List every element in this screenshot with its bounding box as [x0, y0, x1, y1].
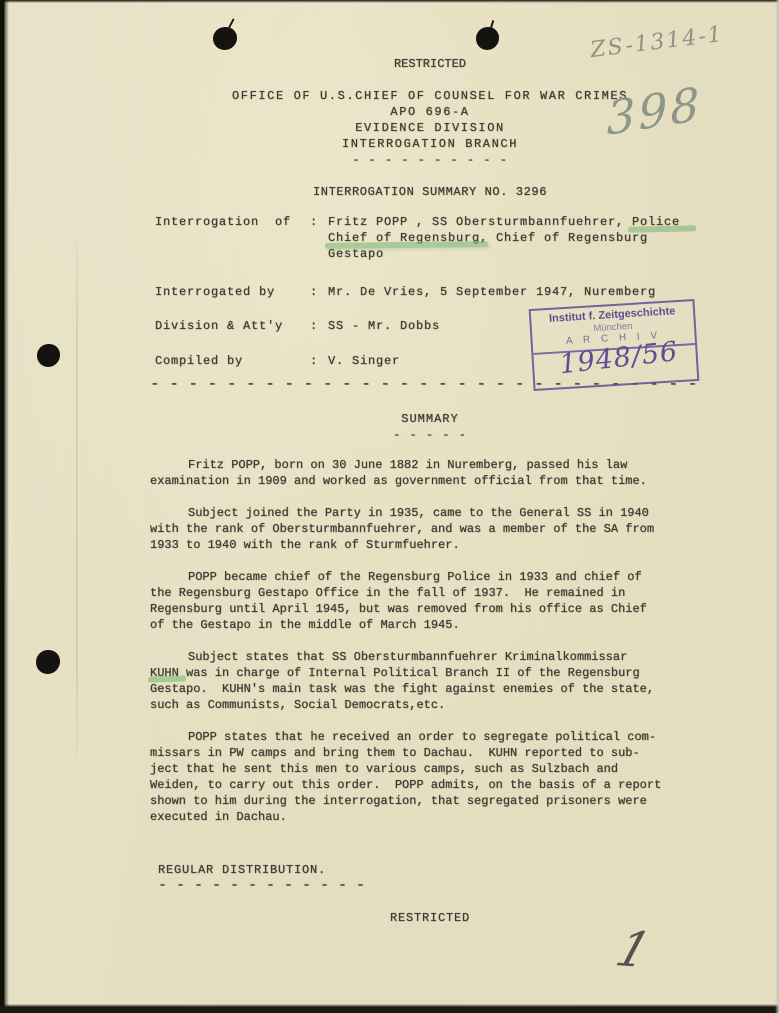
header-dashed-rule: - - - - - - - - - - [150, 152, 710, 168]
scan-edge-top [0, 0, 779, 3]
body-line: Subject joined the Party in 1935, came t… [150, 505, 710, 521]
scan-edge-left [0, 0, 9, 1013]
punch-hole-top-left [213, 27, 237, 50]
summary-section: SUMMARY - - - - - Fritz POPP, born on 30… [150, 411, 710, 825]
paragraph-2: Subject joined the Party in 1935, came t… [150, 505, 710, 553]
field-interrogated-by: Interrogated by : Mr. De Vries, 5 Septem… [155, 284, 725, 300]
body-line: Fritz POPP, born on 30 June 1882 in Nure… [150, 457, 710, 473]
body-line: KUHN was in charge of Internal Political… [150, 665, 710, 681]
summary-dashed-rule: - - - - - [150, 427, 710, 443]
archive-stamp: Institut f. Zeitgeschichte München A R C… [529, 299, 700, 391]
field-label: Interrogation of [155, 214, 310, 230]
field-value-line: Gestapo [328, 246, 680, 262]
field-value-line: Fritz POPP , SS Obersturmbannfuehrer, Po… [328, 214, 680, 230]
field-separator: : [310, 214, 328, 230]
distribution-dashed-rule: - - - - - - - - - - - - [158, 878, 365, 894]
paragraph-3: POPP became chief of the Regensburg Poli… [150, 569, 710, 633]
punch-hole-left-upper [37, 344, 60, 367]
body-line: of the Gestapo in the middle of March 19… [150, 617, 710, 633]
body-line: missars in PW camps and bring them to Da… [150, 745, 710, 761]
field-value-line: V. Singer [328, 353, 400, 369]
body-line: Subject states that SS Obersturmbannfueh… [150, 649, 710, 665]
field-label: Interrogated by [155, 284, 310, 300]
body-line: with the rank of Obersturmbannfuehrer, a… [150, 521, 710, 537]
field-separator: : [310, 318, 328, 334]
field-separator: : [310, 353, 328, 369]
body-line: Regensburg until April 1945, but was rem… [150, 601, 710, 617]
paragraph-4: Subject states that SS Obersturmbannfueh… [150, 649, 710, 713]
scan-edge-bottom [0, 1004, 779, 1013]
field-separator: : [310, 284, 328, 300]
paragraph-1: Fritz POPP, born on 30 June 1882 in Nure… [150, 457, 710, 489]
handwritten-page-number: 1 [609, 921, 657, 979]
body-line: 1933 to 1940 with the rank of Sturmfuehr… [150, 537, 710, 553]
body-line: examination in 1909 and worked as govern… [150, 473, 710, 489]
document-title: INTERROGATION SUMMARY NO. 3296 [150, 184, 710, 200]
body-line: the Regensburg Gestapo Office in the fal… [150, 585, 710, 601]
punch-hole-left-lower [36, 650, 60, 674]
scan-edge-right [775, 0, 779, 1013]
body-line: ject that he sent this men to various ca… [150, 761, 710, 777]
body-line: such as Communists, Social Democrats,etc… [150, 697, 710, 713]
body-line: executed in Dachau. [150, 809, 710, 825]
field-value-line: Mr. De Vries, 5 September 1947, Nurember… [328, 284, 656, 300]
paragraph-5: POPP states that he received an order to… [150, 729, 710, 825]
summary-heading: SUMMARY [150, 411, 710, 427]
punch-hole-top-right [476, 27, 499, 50]
paper-crease [76, 220, 78, 780]
body-line: POPP states that he received an order to… [150, 729, 710, 745]
body-line: Gestapo. KUHN's main task was the fight … [150, 681, 710, 697]
body-line: Weiden, to carry out this order. POPP ad… [150, 777, 710, 793]
field-value: Fritz POPP , SS Obersturmbannfuehrer, Po… [328, 214, 680, 262]
document-scan: RESTRICTED OFFICE OF U.S.CHIEF OF COUNSE… [0, 0, 779, 1013]
field-value-line: SS - Mr. Dobbs [328, 318, 440, 334]
field-label: Division & Att'y [155, 318, 310, 334]
body-line: shown to him during the interrogation, t… [150, 793, 710, 809]
body-line: POPP became chief of the Regensburg Poli… [150, 569, 710, 585]
field-interrogation-of: Interrogation of : Fritz POPP , SS Obers… [155, 214, 725, 262]
field-value-line: Chief of Regensburg, Chief of Regensburg [328, 230, 680, 246]
field-label: Compiled by [155, 353, 310, 369]
distribution-note: REGULAR DISTRIBUTION. [158, 862, 326, 878]
